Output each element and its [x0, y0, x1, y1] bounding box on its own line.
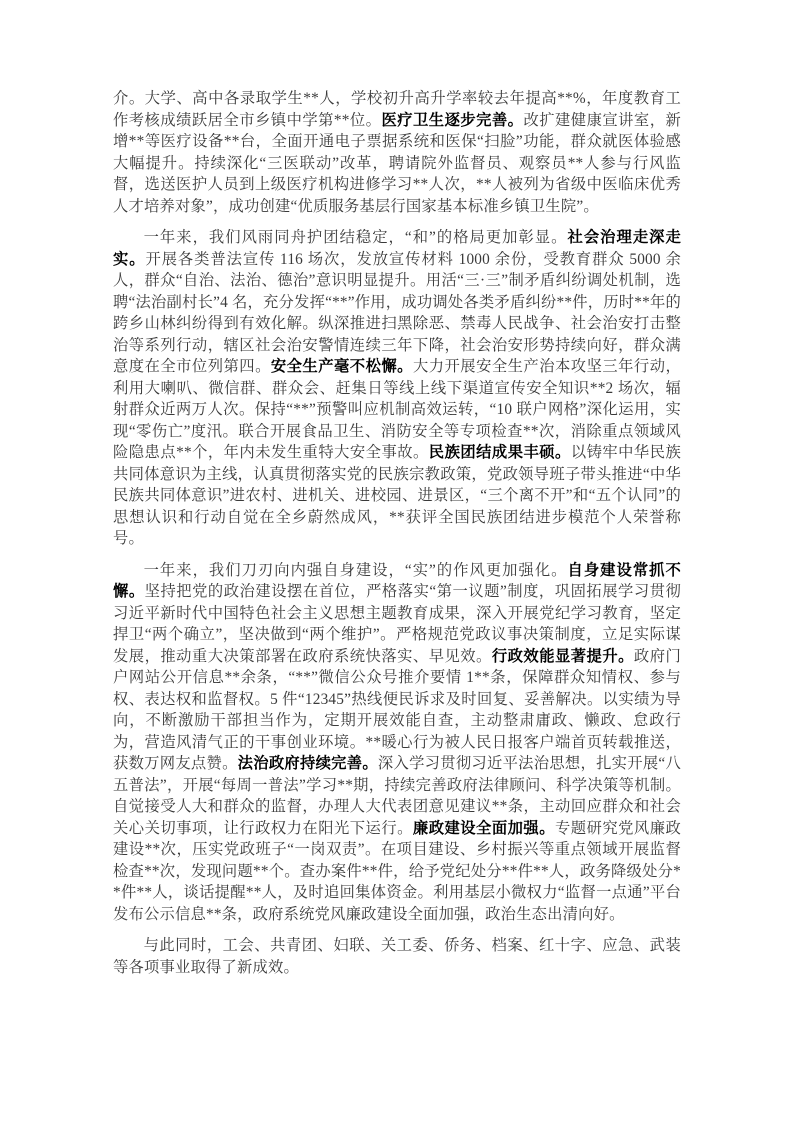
- paragraph-education-medical: 介。大学、高中各录取学生**人，学校初升高升学率较去年提高**%，年度教育工作考…: [113, 88, 681, 217]
- bold-heading-run: 民族团结成果丰硕。: [429, 444, 571, 461]
- bold-heading-run: 廉政建设全面加强。: [413, 820, 555, 837]
- paragraph-self-construction: 一年来，我们刀刃向内强自身建设，“实”的作风更加强化。自身建设常抓不懈。坚持把党…: [113, 560, 681, 926]
- paragraph-other-undertakings: 与此同时，工会、共青团、妇联、关工委、侨务、档案、红十字、应急、武装等各项事业取…: [113, 935, 681, 978]
- bold-heading-run: 医疗卫生逐步完善。: [381, 112, 523, 129]
- document-page: 介。大学、高中各录取学生**人，学校初升高升学率较去年提高**%，年度教育工作考…: [0, 0, 793, 1122]
- text-run: 政府门户网站公开信息**余条，“**”微信公众号推介要情 1**条，保障群众知情…: [113, 648, 681, 773]
- bold-heading-run: 法治政府持续完善。: [238, 755, 378, 772]
- text-block: 介。大学、高中各录取学生**人，学校初升高升学率较去年提高**%，年度教育工作考…: [113, 88, 681, 988]
- bold-heading-run: 安全生产毫不松懈。: [271, 358, 413, 375]
- text-run: 一年来，我们风雨同舟护团结稳定，“和”的格局更加彰显。: [144, 229, 568, 246]
- text-run: 一年来，我们刀刃向内强自身建设，“实”的作风更加强化。: [144, 562, 568, 579]
- paragraph-social-governance: 一年来，我们风雨同舟护团结稳定，“和”的格局更加彰显。社会治理走深走实。开展各类…: [113, 227, 681, 550]
- bold-heading-run: 行政效能显著提升。: [492, 648, 634, 665]
- text-run: 开展各类普法宣传 116 场次，发放宣传材料 1000 余份，受教育群众 500…: [113, 251, 681, 376]
- text-run: 与此同时，工会、共青团、妇联、关工委、侨务、档案、红十字、应急、武装等各项事业取…: [113, 937, 681, 976]
